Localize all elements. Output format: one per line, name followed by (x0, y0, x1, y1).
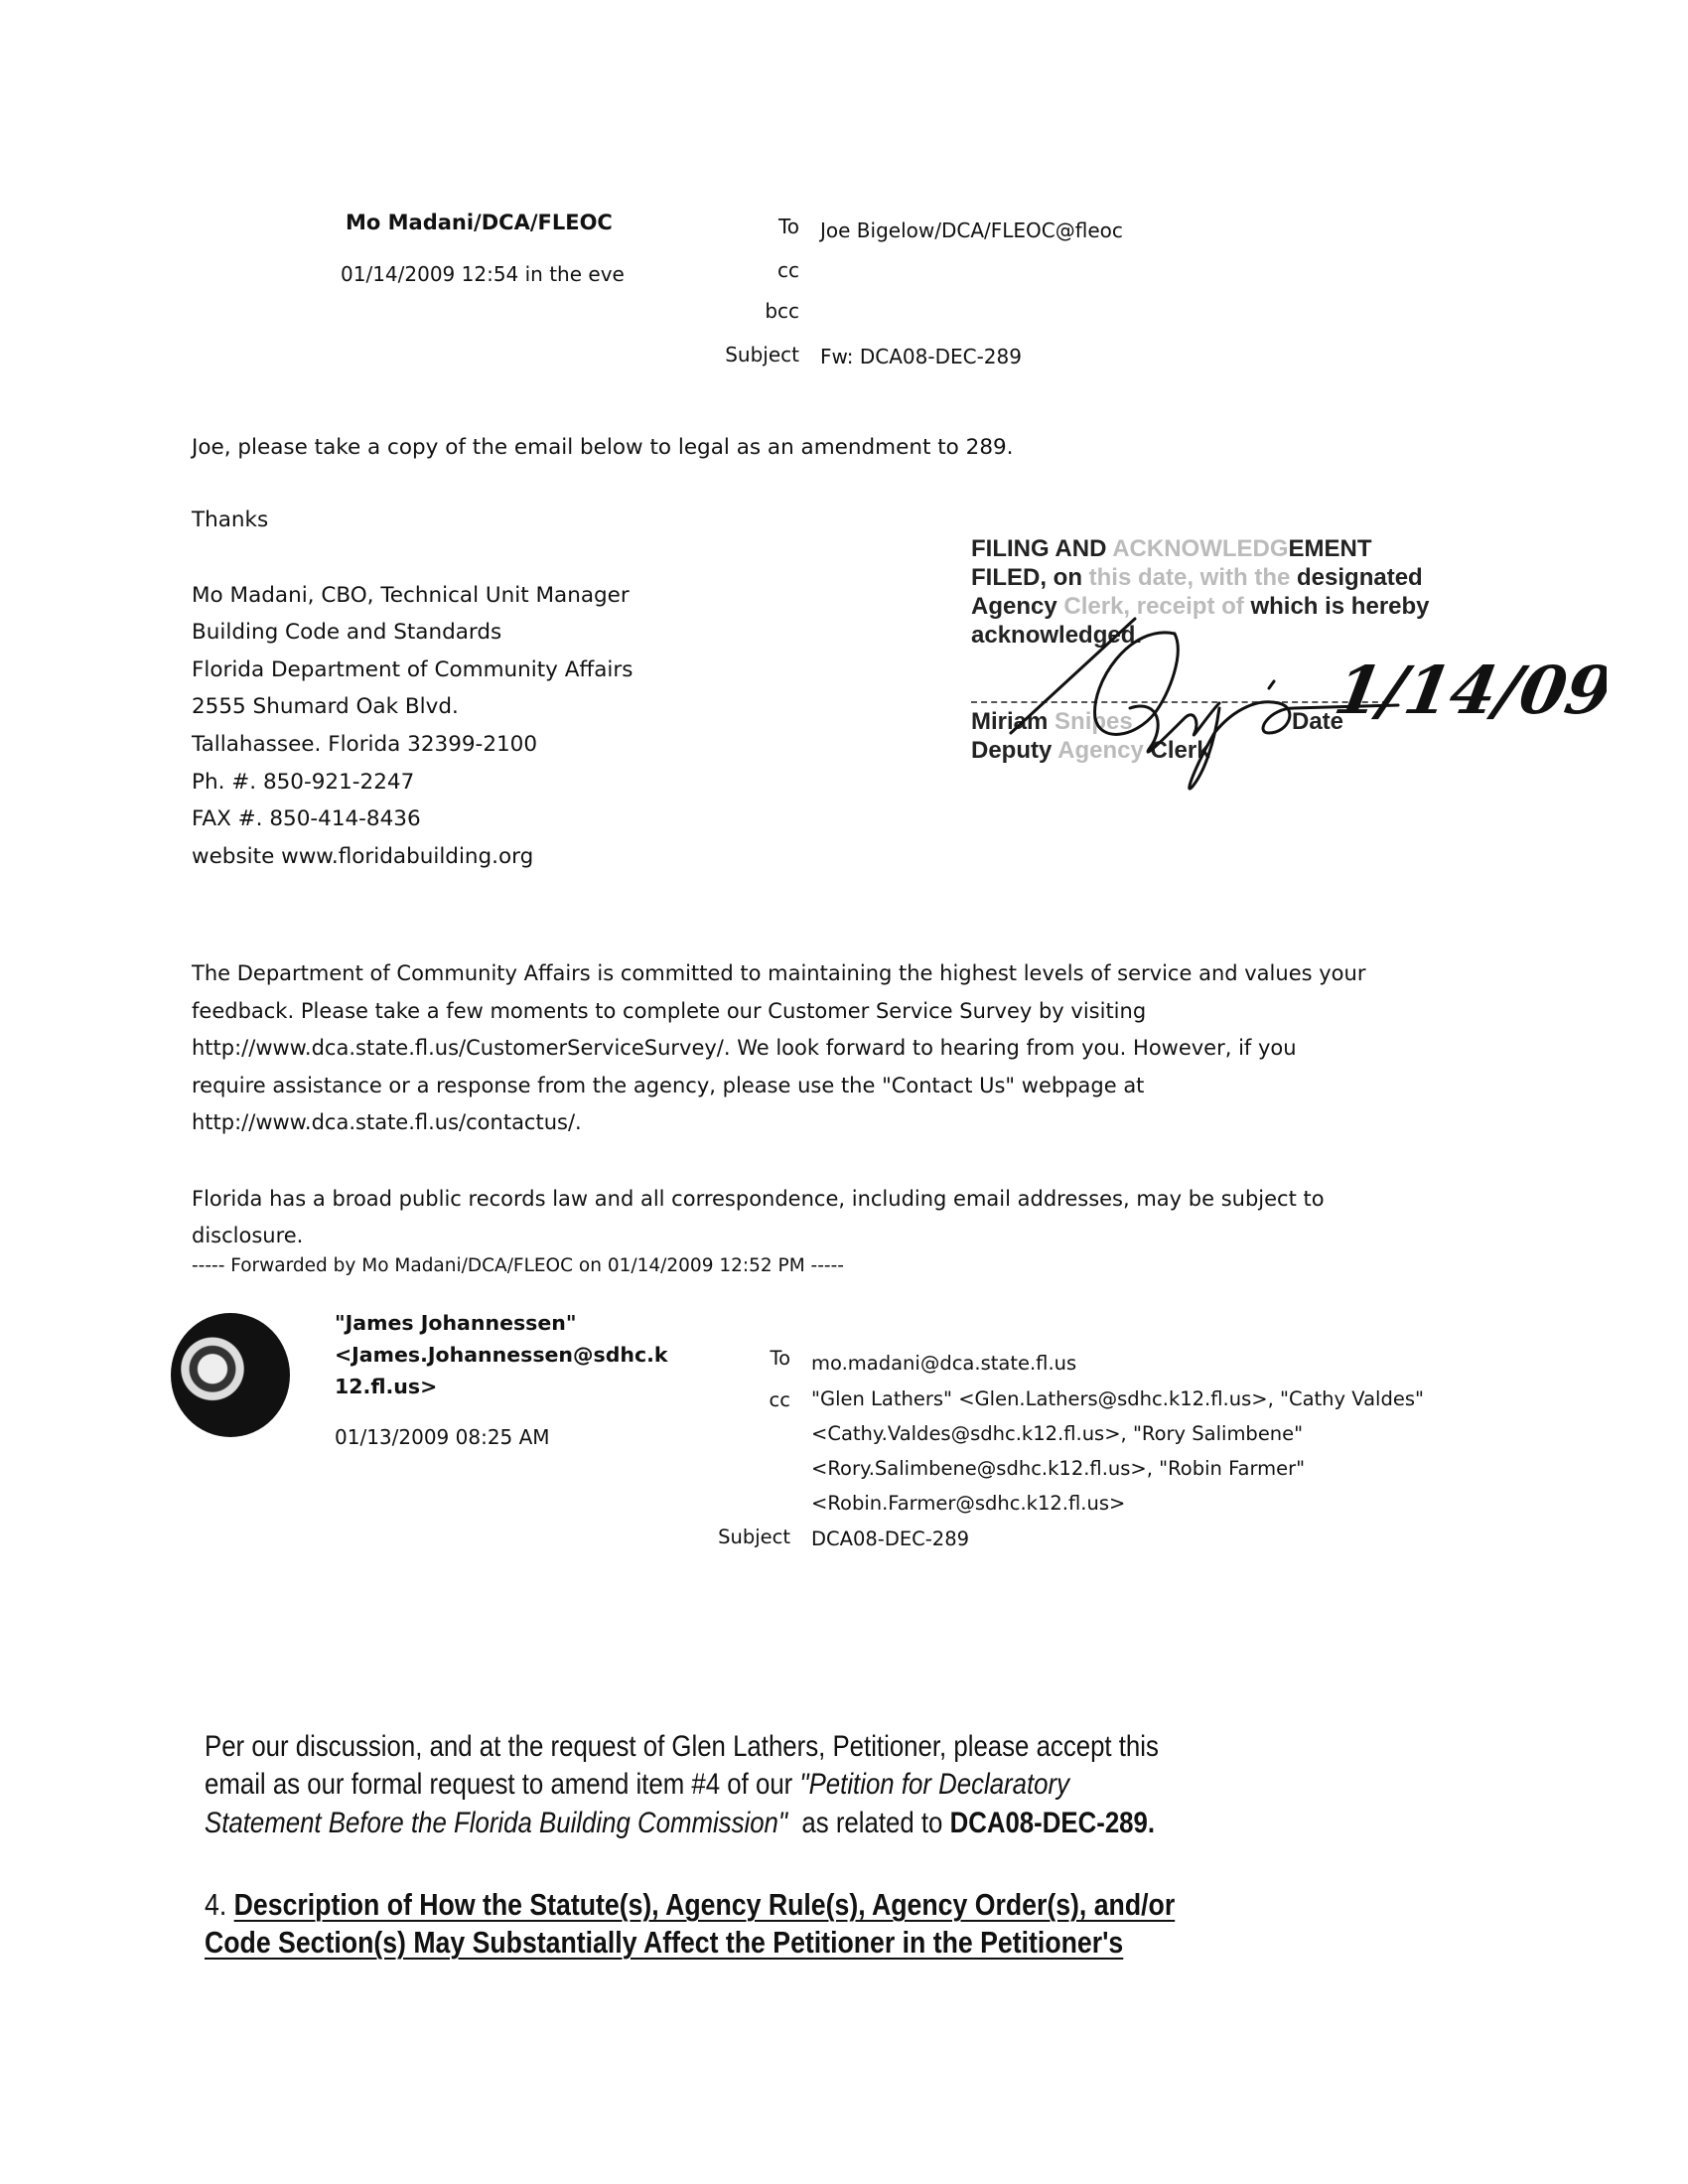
petition-line: Statement Before the Florida Building Co… (205, 1807, 1155, 1840)
item-number: 4. (205, 1887, 226, 1922)
to-label: To (778, 215, 799, 238)
heading-line: Description of How the Statute(s), Agenc… (234, 1887, 1176, 1922)
fw-cc-line[interactable]: <Robin.Farmer@sdhc.k12.fl.us> (811, 1492, 1125, 1515)
petition-line: email as our formal request to amend ite… (205, 1768, 1069, 1802)
fw-subject-label: Subject (718, 1526, 790, 1548)
fw-to-label: To (770, 1347, 790, 1370)
contact-link[interactable]: http://www.dca.state.fl.us/contactus/. (192, 1110, 582, 1134)
case-number: DCA08-DEC-289. (950, 1807, 1155, 1839)
petition-text: as related to (787, 1807, 949, 1839)
notice-line: The Department of Community Affairs is c… (192, 961, 1365, 985)
fw-sender-name: "James Johannessen" (335, 1311, 577, 1335)
notice-line: feedback. Please take a few moments to c… (192, 999, 1146, 1023)
notice-line: Florida has a broad public records law a… (192, 1187, 1325, 1211)
fw-to-value[interactable]: mo.madani@dca.state.fl.us (811, 1352, 1076, 1375)
signature-line: Mo Madani, CBO, Technical Unit Manager (192, 583, 630, 608)
cc-label: cc (777, 258, 799, 282)
signature-line: Ph. #. 850-921-2247 (192, 770, 414, 795)
sent-timestamp: 01/14/2009 12:54 in the eve (341, 262, 625, 286)
heading-line: Code Section(s) May Substantially Affect… (205, 1925, 1123, 1960)
fw-sender-email[interactable]: <James.Johannessen@sdhc.k (335, 1343, 668, 1367)
handwritten-signature: 1/14/09 (971, 534, 1607, 793)
survey-link-line[interactable]: http://www.dca.state.fl.us/CustomerServi… (192, 1036, 1297, 1060)
bcc-label: bcc (765, 299, 799, 323)
notice-line: disclosure. (192, 1224, 303, 1247)
fw-subject-value: DCA08-DEC-289 (811, 1528, 969, 1550)
handwritten-date: 1/14/09 (1329, 652, 1607, 728)
petition-line: Per our discussion, and at the request o… (205, 1730, 1159, 1764)
subject-label: Subject (725, 343, 799, 366)
message-text: Joe, please take a copy of the email bel… (192, 435, 1014, 460)
signature-line: 2555 Shumard Oak Blvd. (192, 694, 459, 719)
signature-line: FAX #. 850-414-8436 (192, 806, 421, 831)
forwarded-separator: ----- Forwarded by Mo Madani/DCA/FLEOC o… (192, 1255, 844, 1276)
fw-cc-line[interactable]: <Rory.Salimbene@sdhc.k12.fl.us>, "Robin … (811, 1457, 1305, 1480)
closing-text: Thanks (192, 508, 268, 532)
notice-line: require assistance or a response from th… (192, 1074, 1144, 1097)
subject-value: Fw: DCA08-DEC-289 (820, 345, 1022, 368)
petition-title: "Petition for Declaratory (799, 1768, 1069, 1801)
sender-name: Mo Madani/DCA/FLEOC (346, 211, 613, 234)
petition-text: email as our formal request to amend ite… (205, 1768, 799, 1801)
signature-line: Florida Department of Community Affairs (192, 657, 633, 682)
petition-title: Statement Before the Florida Building Co… (205, 1807, 787, 1839)
website-link[interactable]: website www.floridabuilding.org (192, 844, 533, 869)
fw-cc-line[interactable]: "Glen Lathers" <Glen.Lathers@sdhc.k12.fl… (811, 1387, 1424, 1410)
fw-cc-line[interactable]: <Cathy.Valdes@sdhc.k12.fl.us>, "Rory Sal… (811, 1422, 1303, 1445)
to-value[interactable]: Joe Bigelow/DCA/FLEOC@fleoc (820, 218, 1123, 242)
filing-stamp: FILING AND ACKNOWLEDGEMENT FILED, on thi… (971, 534, 1607, 793)
sender-avatar (171, 1313, 290, 1437)
signature-line: Building Code and Standards (192, 620, 501, 645)
signature-line: Tallahassee. Florida 32399-2100 (192, 732, 537, 757)
fw-sender-email-cont[interactable]: 12.fl.us> (335, 1375, 437, 1398)
fw-sent-timestamp: 01/13/2009 08:25 AM (335, 1425, 550, 1449)
fw-cc-label: cc (770, 1388, 790, 1411)
